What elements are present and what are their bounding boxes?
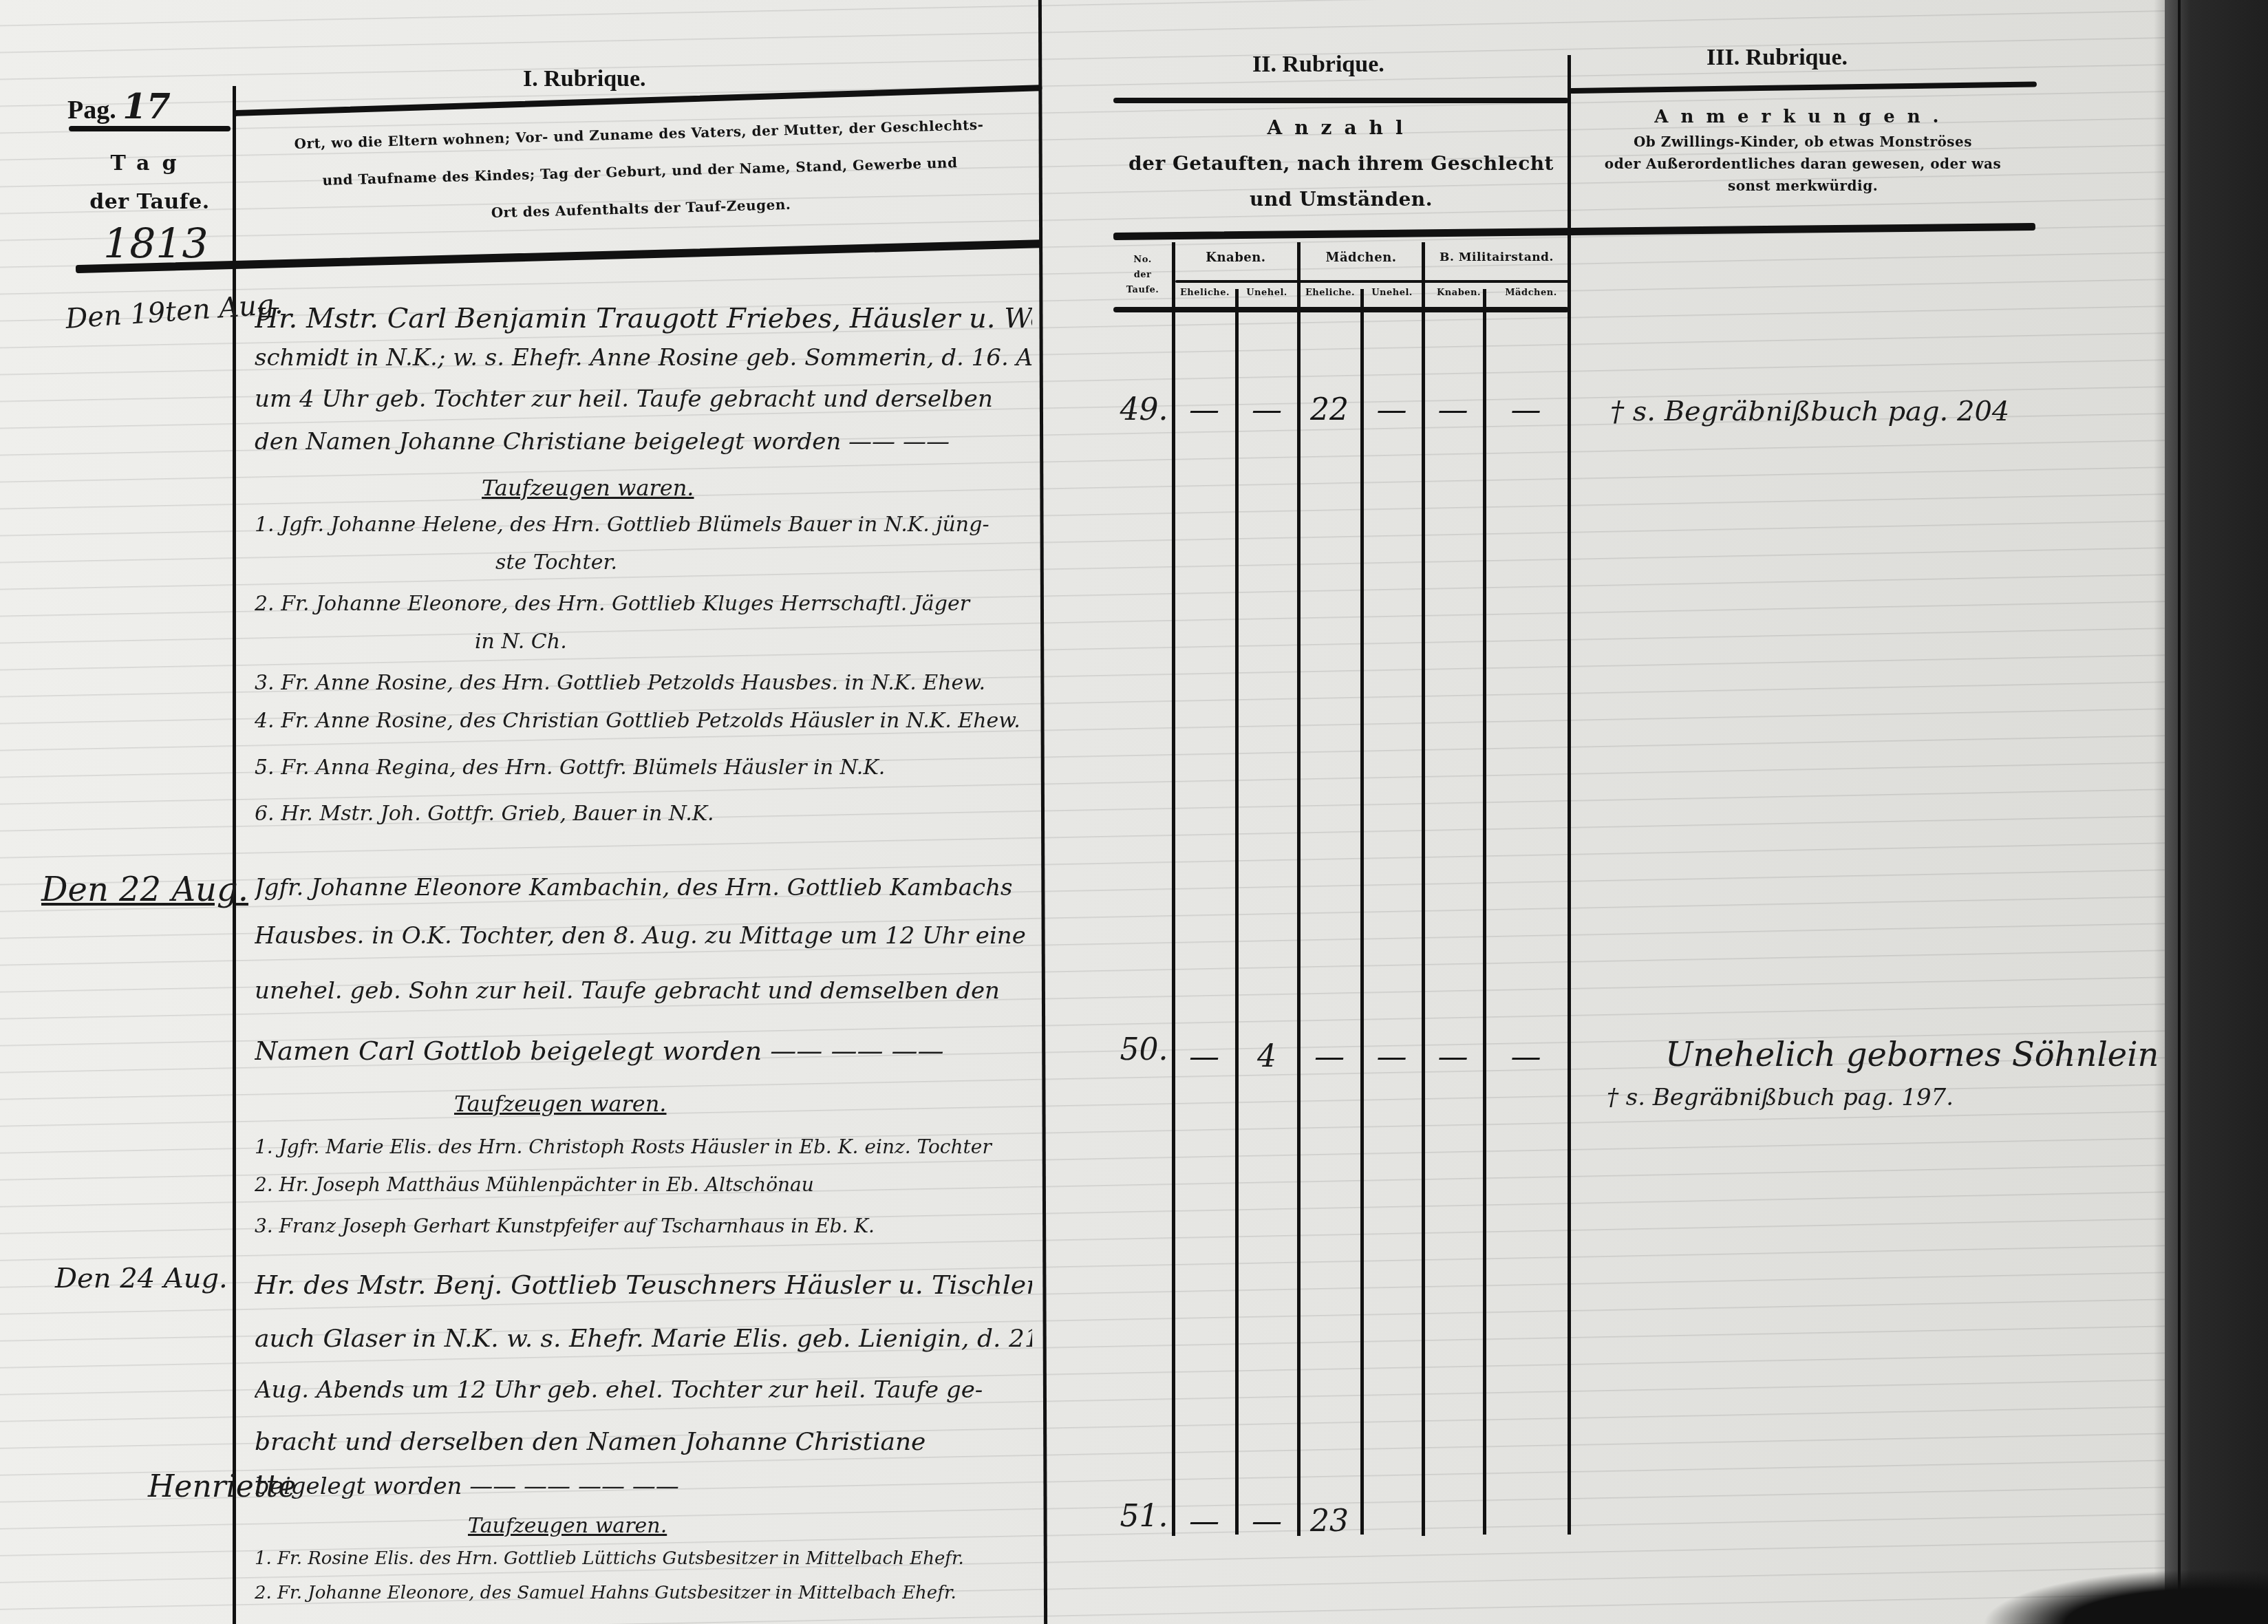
no-label-line1: No. — [1113, 253, 1172, 268]
count-knaben-unehel: — — [1237, 1504, 1297, 1539]
remark-burial-ref: † s. Begräbnißbuch pag. 204 — [1610, 396, 2009, 427]
date-column-header: Tag der Taufe. — [69, 145, 231, 222]
rubrique-3-title: III. Rubrique. — [1707, 45, 1848, 71]
subcol-maedchen-unehel: Unehel. — [1361, 288, 1423, 298]
witness-line: 3. Franz Joseph Gerhart Kunstpfeifer auf… — [255, 1215, 1032, 1237]
page-label: Pag. — [67, 96, 116, 125]
entry-number: 51. — [1115, 1499, 1173, 1534]
no-label-line2: der — [1113, 268, 1172, 283]
rubrique-1-title: I. Rubrique. — [523, 66, 646, 92]
entry-text-line: um 4 Uhr geb. Tochter zur heil. Taufe ge… — [255, 385, 1032, 413]
rubrique-2-desc-line3: und Umständen. — [1113, 182, 1569, 217]
subcol-knaben-ehelich: Eheliche. — [1174, 288, 1236, 298]
witness-heading: Taufzeugen waren. — [454, 1091, 666, 1117]
witness-line: 2. Fr. Johanne Eleonore, des Hrn. Gottli… — [255, 592, 1032, 616]
entry-number: 49. — [1115, 392, 1173, 427]
count-knaben-ehelich: — — [1173, 1504, 1235, 1539]
no-der-taufe-label: No. der Taufe. — [1113, 253, 1172, 298]
entry-number: 50. — [1115, 1032, 1173, 1067]
witness-line: 2. Hr. Joseph Matthäus Mühlenpächter in … — [255, 1173, 1032, 1196]
rubrique-2-title: II. Rubrique. — [1252, 52, 1384, 78]
page-edge-rule — [2178, 0, 2181, 1624]
subcol-maedchen-ehelich: Eheliche. — [1299, 288, 1361, 298]
no-label-line3: Taufe. — [1113, 283, 1172, 298]
rubrique-3-desc-line1: Anmerkungen. — [1569, 103, 2037, 131]
entry-text-line: schmidt in N.K.; w. s. Ehefr. Anne Rosin… — [255, 344, 1032, 372]
date-header-line1: Tag — [69, 145, 231, 183]
year-label: 1813 — [103, 220, 208, 268]
entry-text-line: auch Glaser in N.K. w. s. Ehefr. Marie E… — [255, 1325, 1032, 1353]
count-militair-knaben: — — [1423, 392, 1483, 427]
remark-burial-ref: † s. Begräbnißbuch pag. 197. — [1607, 1084, 1954, 1111]
entry-date: Den 22 Aug. — [41, 870, 248, 909]
grid-line-1 — [1172, 242, 1175, 1536]
rubrique-3-description: Anmerkungen. Ob Zwillings-Kinder, ob etw… — [1569, 103, 2037, 197]
count-maedchen-unehel: — — [1362, 1039, 1422, 1074]
count-knaben-unehel: — — [1237, 392, 1297, 427]
rubrique-1-description: Ort, wo die Eltern wohnen; Vor- und Zuna… — [246, 105, 1034, 238]
entry-text-line: den Namen Johanne Christiane beigelegt w… — [255, 428, 1032, 456]
count-grid-header: No. der Taufe. Knaben. Mädchen. B. Milit… — [1113, 242, 1569, 311]
entry-text-line: Aug. Abends um 12 Uhr geb. ehel. Tochter… — [255, 1376, 1032, 1404]
entry-text-line: beigelegt worden —— —— —— —— — [255, 1473, 1032, 1500]
grid-line-2 — [1235, 289, 1239, 1535]
count-militair-knaben: — — [1423, 1039, 1483, 1074]
entry-text-line: Hr. Mstr. Carl Benjamin Traugott Friebes… — [255, 303, 1032, 334]
count-maedchen-ehelich: — — [1298, 1039, 1360, 1074]
entry-text-line: bracht und derselben den Namen Johanne C… — [255, 1428, 1032, 1456]
group-militairstand: B. Militairstand. — [1424, 250, 1569, 264]
entry-text-line: Namen Carl Gottlob beigelegt worden —— —… — [255, 1036, 1032, 1066]
grid-line-6 — [1483, 289, 1486, 1535]
witness-line: ste Tochter. — [495, 551, 977, 575]
count-maedchen-unehel: — — [1362, 392, 1422, 427]
grid-line-3 — [1297, 242, 1301, 1536]
rubrique-2-desc-line1: Anzahl — [1113, 110, 1569, 146]
date-header-line2: der Taufe. — [69, 183, 231, 222]
rubrique-2-description: Anzahl der Getauften, nach ihrem Geschle… — [1113, 110, 1569, 217]
count-maedchen-ehelich: 22 — [1298, 392, 1360, 427]
grid-line-5 — [1422, 242, 1425, 1536]
group-maedchen: Mädchen. — [1299, 250, 1423, 265]
count-maedchen-ehelich: 23 — [1298, 1504, 1360, 1539]
additional-name-note: Henriette — [148, 1469, 296, 1504]
grid-line-7 — [1568, 234, 1571, 1535]
witness-line: 2. Fr. Johanne Eleonore, des Samuel Hahn… — [255, 1583, 1032, 1603]
entry-text-line: Jgfr. Johanne Eleonore Kambachin, des Hr… — [255, 874, 1032, 901]
page-number: Pag. 17 — [67, 86, 171, 127]
grid-line-4 — [1360, 289, 1364, 1535]
rubrique-2-top-rule — [1113, 98, 1569, 103]
rubrique-3-desc-line2: Ob Zwillings-Kinder, ob etwas Monströses — [1569, 131, 2037, 153]
witness-line: 5. Fr. Anna Regina, des Hrn. Gottfr. Blü… — [255, 756, 1032, 780]
rubrique-3-desc-line4: sonst merkwürdig. — [1569, 175, 2037, 197]
entry-text-line: Hausbes. in O.K. Tochter, den 8. Aug. zu… — [255, 922, 1032, 950]
subcol-militair-maedchen: Mädchen. — [1493, 288, 1569, 298]
rubrique-2-desc-line2: der Getauften, nach ihrem Geschlecht — [1113, 146, 1569, 182]
witness-line: in N. Ch. — [475, 630, 956, 654]
rubrique-3-desc-line3: oder Außerordentliches daran gewesen, od… — [1569, 153, 2037, 175]
page-number-value: 17 — [122, 86, 171, 127]
group-knaben: Knaben. — [1174, 250, 1298, 265]
witness-line: 1. Jgfr. Johanne Helene, des Hrn. Gottli… — [255, 513, 1032, 537]
count-knaben-ehelich: — — [1173, 1039, 1235, 1074]
count-militair-maedchen: — — [1484, 392, 1568, 427]
witness-line: 3. Fr. Anne Rosine, des Hrn. Gottlieb Pe… — [255, 671, 1032, 695]
entry-text-line: Hr. des Mstr. Benj. Gottlieb Teuschners … — [255, 1270, 1032, 1300]
date-col-top-rule — [69, 126, 231, 131]
witness-line: 1. Jgfr. Marie Elis. des Hrn. Christoph … — [255, 1135, 1032, 1158]
grid-header-bottom-rule — [1113, 307, 1569, 312]
corner-shadow — [1982, 1569, 2268, 1624]
witness-line: 6. Hr. Mstr. Joh. Gottfr. Grieb, Bauer i… — [255, 802, 1032, 826]
witness-line: 4. Fr. Anne Rosine, des Christian Gottli… — [255, 709, 1032, 733]
group-underline — [1175, 280, 1569, 283]
witness-heading: Taufzeugen waren. — [482, 475, 694, 501]
entry-date: Den 24 Aug. — [55, 1263, 228, 1294]
entry-text-line: unehel. geb. Sohn zur heil. Taufe gebrac… — [255, 977, 1032, 1005]
remark-illegitimate-son: Unehelich gebornes Söhnlein — [1665, 1036, 2159, 1074]
count-knaben-unehel: 4 — [1237, 1039, 1297, 1074]
subcol-knaben-unehel: Unehel. — [1236, 288, 1298, 298]
count-knaben-ehelich: — — [1173, 392, 1235, 427]
count-militair-maedchen: — — [1484, 1039, 1568, 1074]
witness-heading: Taufzeugen waren. — [468, 1514, 667, 1538]
witness-line: 1. Fr. Rosine Elis. des Hrn. Gottlieb Lü… — [255, 1548, 1032, 1569]
